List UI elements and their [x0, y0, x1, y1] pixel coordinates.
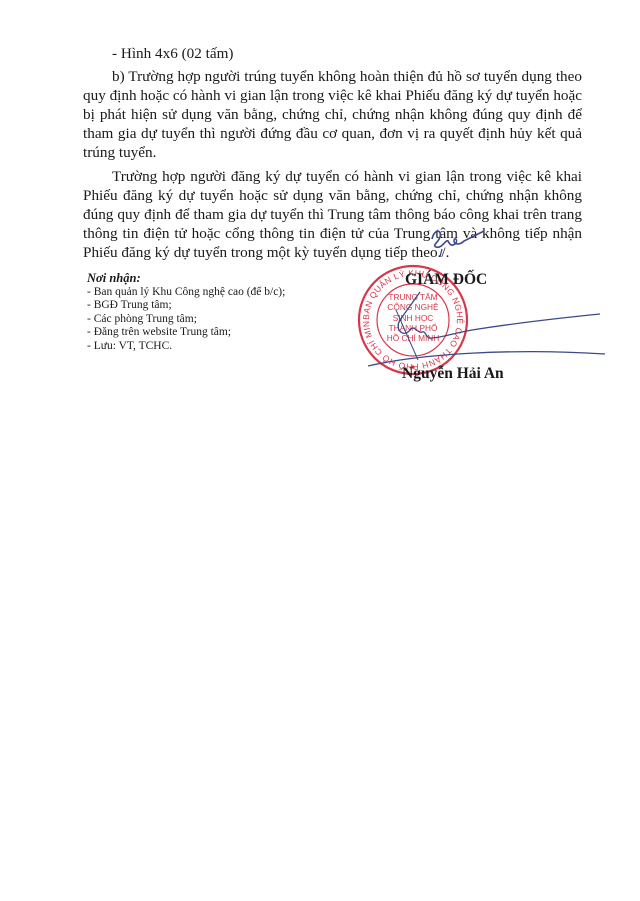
recipient-item: - Lưu: VT, TCHC.: [87, 340, 285, 353]
recipient-item: - Ban quản lý Khu Công nghệ cao (để b/c)…: [87, 286, 285, 299]
paragraph-fraud-line-5: Phiếu đăng ký dự tuyển trong một kỳ tuyể…: [83, 243, 582, 262]
paragraph-b-line-3: bị phát hiện sử dụng văn bằng, chứng chỉ…: [83, 105, 582, 124]
paragraph-b-line-1: b) Trường hợp người trúng tuyển không ho…: [112, 67, 582, 86]
signer-title: GIÁM ĐỐC: [405, 271, 487, 289]
paragraph-fraud-line-4: thông tin điện tử hoặc cổng thông tin đi…: [83, 224, 582, 243]
paragraph-b-line-4: tham gia dự tuyển thì người đứng đầu cơ …: [83, 124, 582, 143]
recipient-item: - BGĐ Trung tâm;: [87, 299, 285, 312]
handwritten-signature-icon: [360, 290, 640, 370]
recipients-block: Nơi nhận: - Ban quản lý Khu Công nghệ ca…: [87, 271, 285, 353]
signer-name: Nguyễn Hải An: [402, 365, 504, 383]
recipients-title: Nơi nhận:: [87, 271, 285, 286]
paragraph-b-line-5: trúng tuyển.: [83, 143, 582, 162]
photo-requirement-item: - Hình 4x6 (02 tấm): [112, 44, 233, 63]
recipient-item: - Các phòng Trung tâm;: [87, 313, 285, 326]
paragraph-fraud-line-2: Phiếu đăng ký dự tuyển hoặc sử dụng văn …: [83, 186, 582, 205]
document-page: - Hình 4x6 (02 tấm) b) Trường hợp người …: [0, 0, 640, 901]
initial-signature-icon: [428, 225, 488, 261]
recipient-item: - Đăng trên website Trung tâm;: [87, 326, 285, 339]
paragraph-fraud-line-1: Trường hợp người đăng ký dự tuyển có hàn…: [112, 167, 582, 186]
paragraph-b-line-2: quy định hoặc có hành vi gian lận trong …: [83, 86, 582, 105]
paragraph-fraud-line-3: đúng quy định để tham gia dự tuyển thì T…: [83, 205, 582, 224]
